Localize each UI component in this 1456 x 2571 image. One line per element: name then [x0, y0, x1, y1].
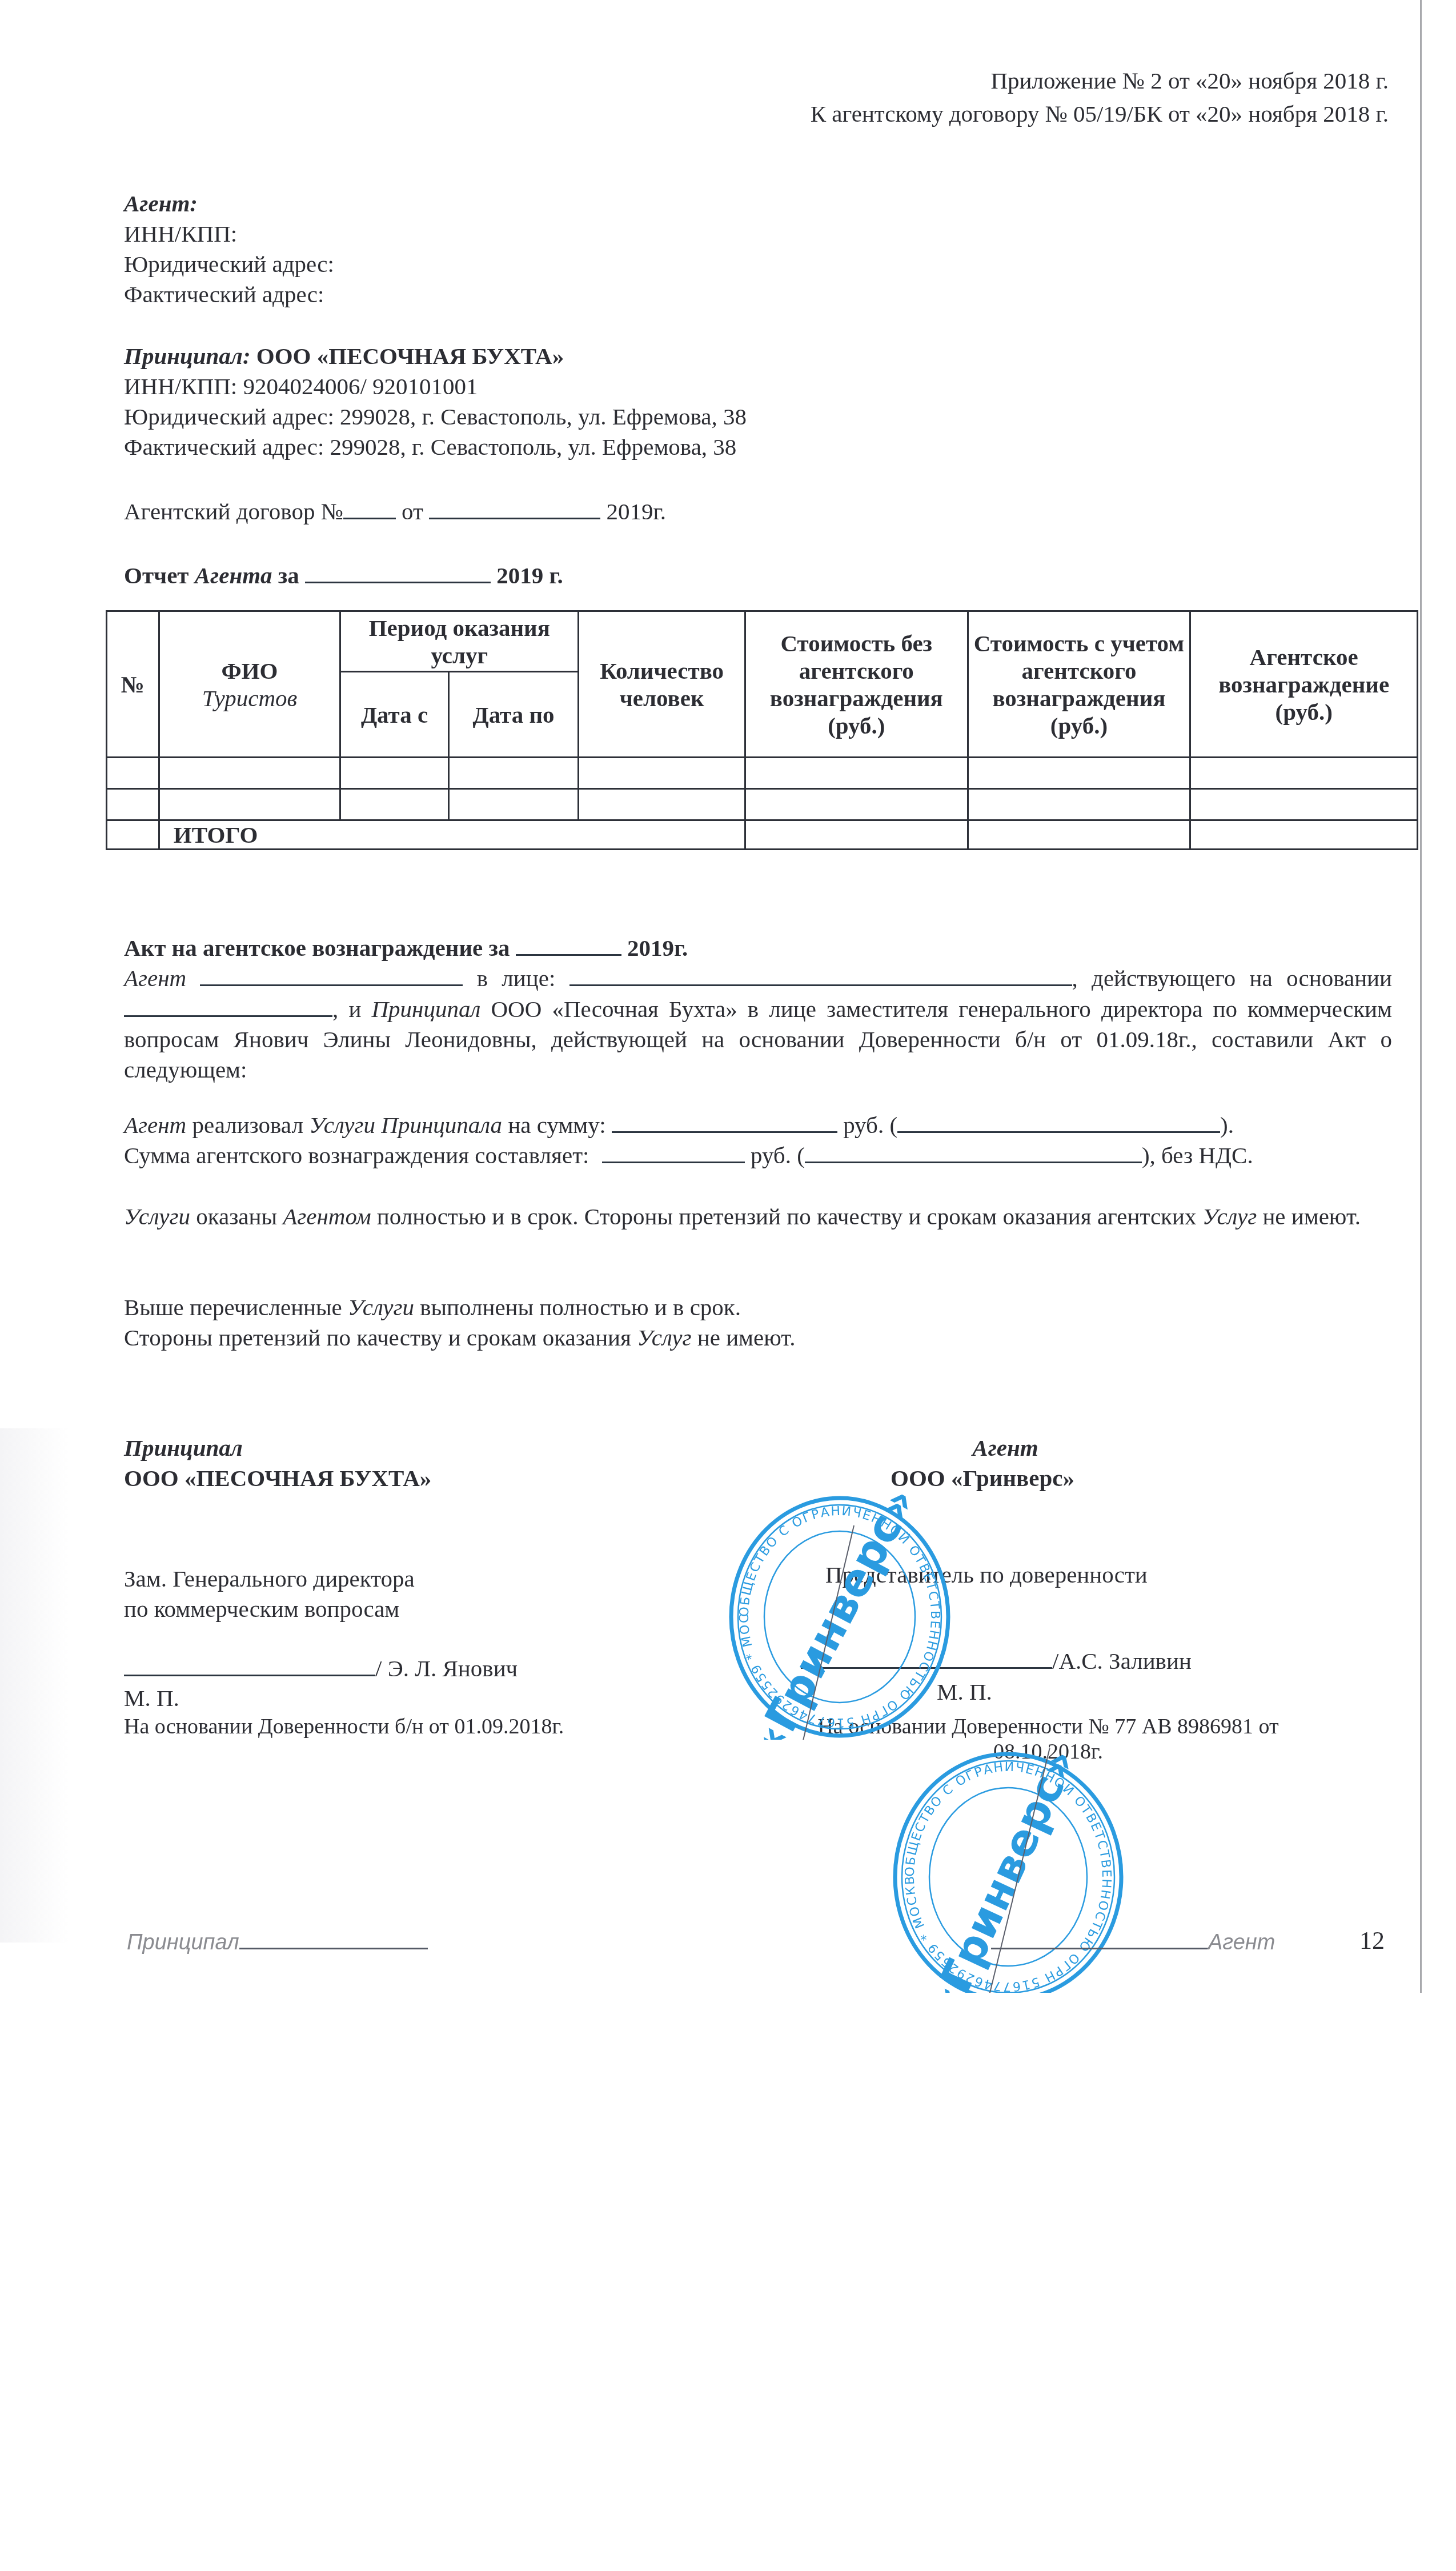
- col-header-date-to: Дата по: [448, 672, 578, 758]
- agent-basis-field[interactable]: [124, 994, 332, 1017]
- principal-company: ООО «ПЕСОЧНАЯ БУХТА»: [124, 1463, 431, 1493]
- p3-line2-services: Услуг: [637, 1324, 691, 1351]
- fio-label: ФИО: [162, 657, 337, 684]
- scan-shadow: [0, 1428, 69, 1943]
- act-acting-on: , действующего на основании: [1072, 965, 1392, 991]
- sum-agent-word: Агент: [124, 1112, 186, 1138]
- p2-by-agent: Агентом: [283, 1203, 371, 1230]
- agent-basis: На основании Доверенности № 77 АВ 898698…: [785, 1714, 1311, 1764]
- sum-amount-words-field[interactable]: [897, 1110, 1220, 1133]
- cell-date-from[interactable]: [340, 789, 449, 820]
- col-header-cost-with: Стоимость с учетом агентского вознагражд…: [968, 611, 1190, 758]
- cell-fio[interactable]: [159, 789, 340, 820]
- agent-sign-line: /А.С. Заливин: [801, 1645, 1192, 1676]
- agent-basis-line2: 08.10.2018г.: [785, 1739, 1311, 1764]
- cell-people[interactable]: [579, 758, 745, 789]
- contract-number-label: Агентский договор №: [124, 498, 343, 524]
- svg-text:«Гринверс»: «Гринверс»: [742, 1494, 926, 1740]
- report-title-agent: Агента: [195, 562, 272, 588]
- cell-cost-with[interactable]: [968, 758, 1190, 789]
- agency-contract-line: Агентский договор № от 2019г.: [124, 496, 666, 527]
- fee-amount-words-field[interactable]: [805, 1140, 1142, 1163]
- appendix-header: Приложение № 2 от «20» ноября 2018 г. К …: [811, 64, 1389, 130]
- cell-fio[interactable]: [159, 758, 340, 789]
- fio-sublabel: Туристов: [162, 684, 337, 712]
- principal-position-line1: Зам. Генерального директора: [124, 1564, 415, 1594]
- svg-text:ОБЩЕСТВО С ОГРАНИЧЕННОЙ ОТВЕТС: ОБЩЕСТВО С ОГРАНИЧЕННОЙ ОТВЕТСТВЕННОСТЬЮ…: [725, 1494, 942, 1729]
- sum-rub: руб. (: [843, 1112, 897, 1138]
- report-title-prefix: Отчет: [124, 562, 189, 588]
- act-title: Акт на агентское вознаграждение за 2019г…: [124, 932, 688, 963]
- table-row: [107, 789, 1418, 820]
- agent-name-field[interactable]: [200, 963, 463, 986]
- footer-agent-label: Агент: [1208, 1931, 1275, 1955]
- principal-name: ООО «ПЕСОЧНАЯ БУХТА»: [256, 343, 564, 369]
- company-stamp-icon: ОБЩЕСТВО С ОГРАНИЧЕННОЙ ОТВЕТСТВЕННОСТЬЮ…: [888, 1748, 1128, 2000]
- col-header-num: №: [107, 611, 159, 758]
- cell-num[interactable]: [107, 789, 159, 820]
- col-header-cost-without: Стоимость без агентского вознаграждения …: [745, 611, 968, 758]
- cell-fee[interactable]: [1190, 758, 1418, 789]
- cell-date-to[interactable]: [448, 758, 578, 789]
- document-page: Приложение № 2 от «20» ноября 2018 г. К …: [0, 0, 1456, 2571]
- agent-company: ООО «Гринверс»: [845, 1463, 1120, 1493]
- agent-details: Агент: ИНН/КПП: Юридический адрес: Факти…: [124, 189, 334, 310]
- p2-rest: полностью и в срок. Стороны претензий по…: [377, 1203, 1197, 1230]
- cell-date-to[interactable]: [448, 789, 578, 820]
- p3-line1-services: Услуги: [348, 1294, 414, 1320]
- cell-cost-without[interactable]: [745, 758, 968, 789]
- p3-line2-b: не имеют.: [697, 1324, 796, 1351]
- p2-services2: Услуг: [1202, 1203, 1257, 1230]
- fee-label: Сумма агентского вознаграждения составля…: [124, 1142, 589, 1168]
- principal-actual-address: Фактический адрес: 299028, г. Севастопол…: [124, 432, 747, 462]
- principal-label: Принципал:: [124, 343, 251, 369]
- agent-signer-name: /А.С. Заливин: [1052, 1648, 1192, 1674]
- p2-services: Услуги: [124, 1203, 190, 1230]
- act-principal-word: Принципал: [371, 996, 480, 1022]
- page-edge-line: [1420, 0, 1422, 1993]
- contract-number-field[interactable]: [343, 496, 396, 519]
- act-fee-line: Сумма агентского вознаграждения составля…: [124, 1140, 1253, 1171]
- principal-position: Зам. Генерального директора по коммерчес…: [124, 1564, 415, 1624]
- act-and: , и: [332, 996, 361, 1022]
- report-title-for: за: [278, 562, 299, 588]
- agent-position: Представитель по доверенности: [825, 1560, 1148, 1590]
- act-in-person: в лице:: [477, 965, 556, 991]
- p3-line1-b: выполнены полностью и в срок.: [420, 1294, 741, 1320]
- act-agent-word: Агент: [124, 965, 186, 991]
- report-period-field[interactable]: [305, 560, 491, 583]
- agent-role: Агент: [891, 1433, 1120, 1463]
- col-header-date-from: Дата с: [340, 672, 449, 758]
- agent-basis-line1: На основании Доверенности № 77 АВ 898698…: [785, 1714, 1311, 1739]
- agent-seal: М. П.: [937, 1677, 992, 1707]
- cell-cost-with[interactable]: [968, 789, 1190, 820]
- cell-num[interactable]: [107, 758, 159, 789]
- cell-total-cost-with[interactable]: [968, 820, 1190, 850]
- principal-signature-block: Принципал ООО «ПЕСОЧНАЯ БУХТА»: [124, 1433, 431, 1493]
- col-header-people: Количество человек: [579, 611, 745, 758]
- svg-text:ОБЩЕСТВО С ОГРАНИЧЕННОЙ ОТВЕТС: ОБЩЕСТВО С ОГРАНИЧЕННОЙ ОТВЕТСТВЕННОСТЬЮ…: [888, 1748, 1113, 1993]
- svg-text:«Гринверс»: «Гринверс»: [918, 1748, 1086, 2000]
- footer-agent-sign-field[interactable]: [991, 1928, 1208, 1949]
- sum-end: ).: [1220, 1112, 1234, 1138]
- cell-total-fee[interactable]: [1190, 820, 1418, 850]
- p2-rendered: оказаны: [196, 1203, 277, 1230]
- act-title-year: 2019г.: [627, 935, 688, 961]
- col-header-fio: ФИО Туристов: [159, 611, 340, 758]
- principal-legal-address: Юридический адрес: 299028, г. Севастопол…: [124, 402, 747, 432]
- principal-seal: М. П.: [124, 1683, 179, 1713]
- footer-principal: Принципал: [127, 1928, 428, 1955]
- cell-fee[interactable]: [1190, 789, 1418, 820]
- sum-amount-field[interactable]: [612, 1110, 837, 1133]
- report-title: Отчет Агента за 2019 г.: [124, 560, 563, 591]
- sum-realized: реализовал: [192, 1112, 303, 1138]
- fee-rub: руб. (: [751, 1142, 805, 1168]
- principal-inn-kpp: ИНН/КПП: 9204024006/ 920101001: [124, 371, 747, 402]
- table-total-row: ИТОГО: [107, 820, 1418, 850]
- agent-signature-block: Агент ООО «Гринверс»: [891, 1433, 1120, 1493]
- company-stamp-icon: ОБЩЕСТВО С ОГРАНИЧЕННОЙ ОТВЕТСТВЕННОСТЬЮ…: [725, 1494, 954, 1740]
- footer-principal-sign-field[interactable]: [239, 1928, 428, 1949]
- principal-signature-field[interactable]: [124, 1653, 375, 1676]
- table-header-row: № ФИО Туристов Период оказания услуг Кол…: [107, 611, 1418, 672]
- cell-date-from[interactable]: [340, 758, 449, 789]
- footer-principal-label: Принципал: [127, 1931, 239, 1955]
- principal-position-line2: по коммерческим вопросам: [124, 1594, 415, 1624]
- agent-legal-address: Юридический адрес:: [124, 249, 334, 279]
- principal-sign-line: / Э. Л. Янович: [124, 1653, 518, 1684]
- agent-report-table: № ФИО Туристов Период оказания услуг Кол…: [106, 610, 1418, 850]
- cell-total-num: [107, 820, 159, 850]
- p3-line1-a: Выше перечисленные: [124, 1294, 342, 1320]
- p3-line2-a: Стороны претензий по качеству и срокам о…: [124, 1324, 631, 1351]
- sum-principal: Принципала: [381, 1112, 502, 1138]
- appendix-line: Приложение № 2 от «20» ноября 2018 г.: [811, 64, 1389, 97]
- sum-for-amount: на сумму:: [508, 1112, 605, 1138]
- contract-reference-line: К агентскому договору № 05/19/БК от «20»…: [811, 97, 1389, 130]
- total-label: ИТОГО: [159, 820, 745, 850]
- col-header-period: Период оказания услуг: [340, 611, 579, 672]
- agent-representative-field[interactable]: [569, 963, 1072, 986]
- principal-details: Принципал: ООО «ПЕСОЧНАЯ БУХТА» ИНН/КПП:…: [124, 341, 747, 462]
- p2-end: не имеют.: [1262, 1203, 1361, 1230]
- contract-date-field[interactable]: [429, 496, 600, 519]
- cell-people[interactable]: [579, 789, 745, 820]
- table-row: [107, 758, 1418, 789]
- act-paragraph-parties: Агент в лице: , действующего на основани…: [124, 963, 1392, 1085]
- principal-role: Принципал: [124, 1433, 431, 1463]
- act-title-prefix: Акт на агентское вознаграждение за: [124, 935, 510, 961]
- footer-agent: Агент: [991, 1928, 1275, 1955]
- fee-amount-field[interactable]: [602, 1140, 745, 1163]
- agent-inn-kpp: ИНН/КПП:: [124, 219, 334, 249]
- fee-end: ), без НДС.: [1142, 1142, 1253, 1168]
- act-sum-line: Агент реализовал Услуги Принципала на су…: [124, 1110, 1234, 1140]
- contract-year: 2019г.: [606, 498, 665, 524]
- principal-signer-name: / Э. Л. Янович: [375, 1655, 518, 1681]
- cell-cost-without[interactable]: [745, 789, 968, 820]
- cell-total-cost-without[interactable]: [745, 820, 968, 850]
- col-header-fee: Агентское вознаграждение (руб.): [1190, 611, 1418, 758]
- sum-services: Услуги: [309, 1112, 375, 1138]
- agent-signature-field[interactable]: [801, 1645, 1052, 1669]
- page-number: 12: [1359, 1925, 1385, 1956]
- principal-basis: На основании Доверенности б/н от 01.09.2…: [124, 1714, 564, 1739]
- agent-actual-address: Фактический адрес:: [124, 279, 334, 310]
- act-paragraph-services: Услуги оказаны Агентом полностью и в сро…: [124, 1202, 1392, 1232]
- act-period-field[interactable]: [516, 932, 621, 956]
- report-title-year: 2019 г.: [496, 562, 563, 588]
- act-paragraph-completion: Выше перечисленные Услуги выполнены полн…: [124, 1292, 795, 1353]
- agent-label: Агент:: [124, 189, 334, 219]
- contract-from-label: от: [402, 498, 423, 524]
